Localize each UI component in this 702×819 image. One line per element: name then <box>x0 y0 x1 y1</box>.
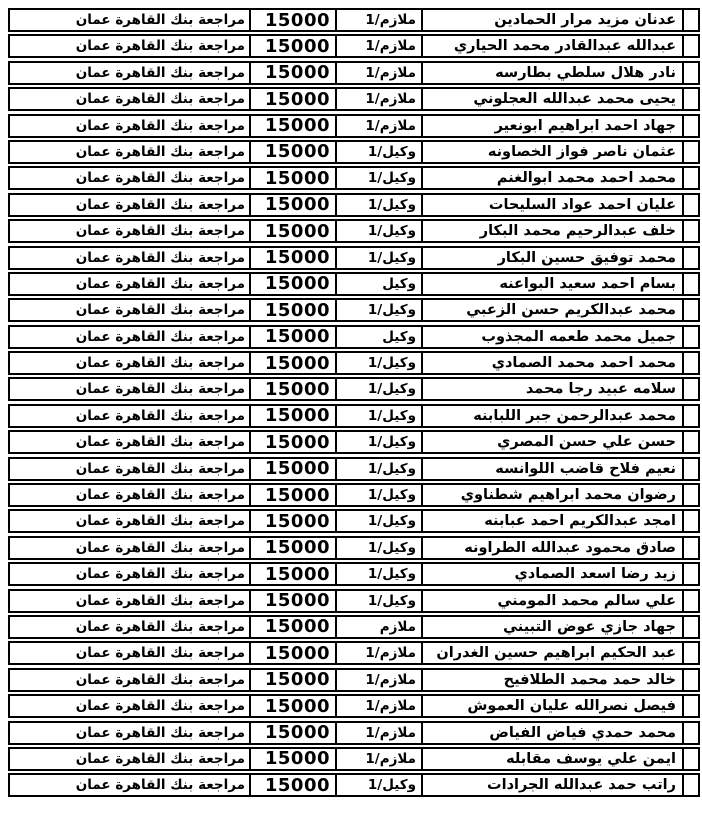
person-name-cell: ايمن علي يوسف مقابله <box>423 749 684 769</box>
amount-cell: 15000 <box>251 406 337 426</box>
person-name-cell: عدنان مزيد مرار الحمادين <box>423 10 684 30</box>
bank-review-note-cell: مراجعة بنك القاهرة عمان <box>10 432 251 452</box>
rank-cell: وكيل/1 <box>337 195 423 215</box>
person-name-cell: محمد احمد محمد ابوالغنم <box>423 168 684 188</box>
person-name-cell: سلامه عبيد رجا محمد <box>423 379 684 399</box>
amount-cell: 15000 <box>251 432 337 452</box>
table-row: مراجعة بنك القاهرة عمان 15000 وكيل/1 خلف… <box>8 219 700 243</box>
bank-review-note-cell: مراجعة بنك القاهرة عمان <box>10 168 251 188</box>
rank-cell: وكيل/1 <box>337 511 423 531</box>
rank-cell: وكيل/1 <box>337 432 423 452</box>
table-row: مراجعة بنك القاهرة عمان 15000 وكيل/1 رات… <box>8 773 700 797</box>
amount-cell: 15000 <box>251 643 337 663</box>
table-row: مراجعة بنك القاهرة عمان 15000 وكيل/1 علي… <box>8 193 700 217</box>
bank-review-note-cell: مراجعة بنك القاهرة عمان <box>10 564 251 584</box>
person-name-cell: علي سالم محمد المومني <box>423 591 684 611</box>
person-name-cell: فيصل نصرالله عليان العموش <box>423 696 684 716</box>
amount-cell: 15000 <box>251 142 337 162</box>
bank-review-note-cell: مراجعة بنك القاهرة عمان <box>10 749 251 769</box>
bank-review-note-cell: مراجعة بنك القاهرة عمان <box>10 723 251 743</box>
rank-cell: وكيل/1 <box>337 564 423 584</box>
person-name-cell: جهاد احمد ابراهيم ابونعير <box>423 116 684 136</box>
amount-cell: 15000 <box>251 89 337 109</box>
rank-cell: وكيل/1 <box>337 168 423 188</box>
person-name-cell: محمد عبدالكريم حسن الزعبي <box>423 300 684 320</box>
person-name-cell: نادر هلال سلطي بطارسه <box>423 63 684 83</box>
bank-review-note-cell: مراجعة بنك القاهرة عمان <box>10 195 251 215</box>
empty-serial-cell <box>684 168 698 188</box>
empty-serial-cell <box>684 459 698 479</box>
bank-review-note-cell: مراجعة بنك القاهرة عمان <box>10 459 251 479</box>
amount-cell: 15000 <box>251 300 337 320</box>
table-row: مراجعة بنك القاهرة عمان 15000 وكيل/1 صاد… <box>8 536 700 560</box>
bank-review-note-cell: مراجعة بنك القاهرة عمان <box>10 248 251 268</box>
amount-cell: 15000 <box>251 749 337 769</box>
amount-cell: 15000 <box>251 195 337 215</box>
bank-review-note-cell: مراجعة بنك القاهرة عمان <box>10 142 251 162</box>
amount-cell: 15000 <box>251 116 337 136</box>
empty-serial-cell <box>684 432 698 452</box>
empty-serial-cell <box>684 379 698 399</box>
amount-cell: 15000 <box>251 248 337 268</box>
empty-serial-cell <box>684 723 698 743</box>
amount-cell: 15000 <box>251 63 337 83</box>
rank-cell: وكيل/1 <box>337 538 423 558</box>
empty-serial-cell <box>684 142 698 162</box>
table-row: مراجعة بنك القاهرة عمان 15000 ملازم/1 مح… <box>8 721 700 745</box>
rank-cell: ملازم/1 <box>337 643 423 663</box>
bank-review-note-cell: مراجعة بنك القاهرة عمان <box>10 406 251 426</box>
empty-serial-cell <box>684 195 698 215</box>
bank-review-note-cell: مراجعة بنك القاهرة عمان <box>10 617 251 637</box>
empty-serial-cell <box>684 749 698 769</box>
rank-cell: ملازم/1 <box>337 670 423 690</box>
empty-serial-cell <box>684 221 698 241</box>
table-row: مراجعة بنك القاهرة عمان 15000 وكيل/1 رضو… <box>8 483 700 507</box>
bank-review-note-cell: مراجعة بنك القاهرة عمان <box>10 300 251 320</box>
bank-review-note-cell: مراجعة بنك القاهرة عمان <box>10 10 251 30</box>
rank-cell: وكيل/1 <box>337 353 423 373</box>
person-name-cell: خلف عبدالرحيم محمد البكار <box>423 221 684 241</box>
empty-serial-cell <box>684 248 698 268</box>
person-name-cell: خالد حمد محمد الطلافيح <box>423 670 684 690</box>
table-row: مراجعة بنك القاهرة عمان 15000 وكيل/1 محم… <box>8 404 700 428</box>
empty-serial-cell <box>684 353 698 373</box>
rank-cell: وكيل/1 <box>337 248 423 268</box>
person-name-cell: عثمان ناصر فواز الخصاونه <box>423 142 684 162</box>
person-name-cell: زيد رضا اسعد الصمادي <box>423 564 684 584</box>
amount-cell: 15000 <box>251 10 337 30</box>
empty-serial-cell <box>684 538 698 558</box>
empty-serial-cell <box>684 327 698 347</box>
empty-serial-cell <box>684 63 698 83</box>
page: { "table": { "note_label": "مراجعة بنك ا… <box>0 0 702 819</box>
rank-cell: وكيل/1 <box>337 775 423 795</box>
person-name-cell: نعيم فلاح قاضب اللوانسه <box>423 459 684 479</box>
amount-cell: 15000 <box>251 775 337 795</box>
table-row: مراجعة بنك القاهرة عمان 15000 ملازم/1 في… <box>8 694 700 718</box>
rank-cell: وكيل/1 <box>337 406 423 426</box>
amount-cell: 15000 <box>251 36 337 56</box>
rank-cell: ملازم/1 <box>337 63 423 83</box>
empty-serial-cell <box>684 485 698 505</box>
table-row: مراجعة بنك القاهرة عمان 15000 ملازم/1 عب… <box>8 34 700 58</box>
amount-cell: 15000 <box>251 327 337 347</box>
rank-cell: وكيل/1 <box>337 221 423 241</box>
amount-cell: 15000 <box>251 485 337 505</box>
rank-cell: ملازم/1 <box>337 723 423 743</box>
person-name-cell: عبدالله عبدالقادر محمد الحياري <box>423 36 684 56</box>
amount-cell: 15000 <box>251 511 337 531</box>
bank-review-note-cell: مراجعة بنك القاهرة عمان <box>10 221 251 241</box>
amount-cell: 15000 <box>251 459 337 479</box>
empty-serial-cell <box>684 406 698 426</box>
person-name-cell: راتب حمد عبدالله الجرادات <box>423 775 684 795</box>
table-row: مراجعة بنك القاهرة عمان 15000 ملازم/1 عد… <box>8 8 700 32</box>
table-row: مراجعة بنك القاهرة عمان 15000 وكيل بسام … <box>8 272 700 296</box>
table-row: مراجعة بنك القاهرة عمان 15000 ملازم/1 اي… <box>8 747 700 771</box>
bank-review-note-cell: مراجعة بنك القاهرة عمان <box>10 63 251 83</box>
bank-review-note-cell: مراجعة بنك القاهرة عمان <box>10 116 251 136</box>
bank-review-note-cell: مراجعة بنك القاهرة عمان <box>10 696 251 716</box>
rank-cell: وكيل <box>337 327 423 347</box>
table-row: مراجعة بنك القاهرة عمان 15000 وكيل جميل … <box>8 325 700 349</box>
amount-cell: 15000 <box>251 564 337 584</box>
person-name-cell: محمد توفيق حسين البكار <box>423 248 684 268</box>
empty-serial-cell <box>684 300 698 320</box>
rank-cell: وكيل <box>337 274 423 294</box>
amount-cell: 15000 <box>251 670 337 690</box>
rank-cell: وكيل/1 <box>337 459 423 479</box>
amount-cell: 15000 <box>251 617 337 637</box>
rank-cell: ملازم/1 <box>337 696 423 716</box>
person-name-cell: رضوان محمد ابراهيم شطناوي <box>423 485 684 505</box>
table-row: مراجعة بنك القاهرة عمان 15000 وكيل/1 حسن… <box>8 430 700 454</box>
rank-cell: ملازم/1 <box>337 36 423 56</box>
table-row: مراجعة بنك القاهرة عمان 15000 وكيل/1 سلا… <box>8 377 700 401</box>
bank-review-note-cell: مراجعة بنك القاهرة عمان <box>10 327 251 347</box>
amount-cell: 15000 <box>251 168 337 188</box>
bank-review-note-cell: مراجعة بنك القاهرة عمان <box>10 511 251 531</box>
bank-review-note-cell: مراجعة بنك القاهرة عمان <box>10 274 251 294</box>
table-row: مراجعة بنك القاهرة عمان 15000 وكيل/1 محم… <box>8 298 700 322</box>
amount-cell: 15000 <box>251 274 337 294</box>
empty-serial-cell <box>684 775 698 795</box>
table-row: مراجعة بنك القاهرة عمان 15000 وكيل/1 علي… <box>8 589 700 613</box>
amount-cell: 15000 <box>251 353 337 373</box>
table-row: مراجعة بنك القاهرة عمان 15000 وكيل/1 زيد… <box>8 562 700 586</box>
empty-serial-cell <box>684 643 698 663</box>
rank-cell: ملازم/1 <box>337 10 423 30</box>
empty-serial-cell <box>684 617 698 637</box>
person-name-cell: حسن علي حسن المصري <box>423 432 684 452</box>
empty-serial-cell <box>684 116 698 136</box>
table-row: مراجعة بنك القاهرة عمان 15000 ملازم/1 عب… <box>8 641 700 665</box>
empty-serial-cell <box>684 89 698 109</box>
table-row: مراجعة بنك القاهرة عمان 15000 ملازم/1 جه… <box>8 114 700 138</box>
empty-serial-cell <box>684 10 698 30</box>
rank-cell: وكيل/1 <box>337 379 423 399</box>
table-row: مراجعة بنك القاهرة عمان 15000 ملازم/1 خا… <box>8 668 700 692</box>
person-name-cell: عليان احمد عواد السليحات <box>423 195 684 215</box>
person-name-cell: جميل محمد طعمه المجذوب <box>423 327 684 347</box>
rank-cell: ملازم/1 <box>337 89 423 109</box>
table-row: مراجعة بنك القاهرة عمان 15000 وكيل/1 محم… <box>8 166 700 190</box>
bank-review-note-cell: مراجعة بنك القاهرة عمان <box>10 591 251 611</box>
rank-cell: وكيل/1 <box>337 485 423 505</box>
bank-review-note-cell: مراجعة بنك القاهرة عمان <box>10 89 251 109</box>
person-name-cell: محمد احمد محمد الصمادي <box>423 353 684 373</box>
rank-cell: ملازم/1 <box>337 116 423 136</box>
bank-review-note-cell: مراجعة بنك القاهرة عمان <box>10 353 251 373</box>
table-row: مراجعة بنك القاهرة عمان 15000 وكيل/1 عثم… <box>8 140 700 164</box>
person-name-cell: يحيى محمد عبدالله العجلوني <box>423 89 684 109</box>
rank-cell: ملازم/1 <box>337 749 423 769</box>
table-row: مراجعة بنك القاهرة عمان 15000 ملازم/1 يح… <box>8 87 700 111</box>
empty-serial-cell <box>684 274 698 294</box>
empty-serial-cell <box>684 36 698 56</box>
amount-cell: 15000 <box>251 696 337 716</box>
table-row: مراجعة بنك القاهرة عمان 15000 وكيل/1 محم… <box>8 351 700 375</box>
empty-serial-cell <box>684 511 698 531</box>
empty-serial-cell <box>684 696 698 716</box>
table-row: مراجعة بنك القاهرة عمان 15000 ملازم/1 نا… <box>8 61 700 85</box>
person-name-cell: صادق محمود عبدالله الطراونه <box>423 538 684 558</box>
amount-cell: 15000 <box>251 221 337 241</box>
amount-cell: 15000 <box>251 379 337 399</box>
bank-review-note-cell: مراجعة بنك القاهرة عمان <box>10 485 251 505</box>
table-row: مراجعة بنك القاهرة عمان 15000 وكيل/1 امج… <box>8 509 700 533</box>
bank-review-note-cell: مراجعة بنك القاهرة عمان <box>10 538 251 558</box>
amount-cell: 15000 <box>251 723 337 743</box>
bank-review-note-cell: مراجعة بنك القاهرة عمان <box>10 36 251 56</box>
rank-cell: وكيل/1 <box>337 300 423 320</box>
bank-review-note-cell: مراجعة بنك القاهرة عمان <box>10 643 251 663</box>
bank-review-note-cell: مراجعة بنك القاهرة عمان <box>10 379 251 399</box>
empty-serial-cell <box>684 591 698 611</box>
table-row: مراجعة بنك القاهرة عمان 15000 وكيل/1 نعي… <box>8 457 700 481</box>
empty-serial-cell <box>684 670 698 690</box>
person-name-cell: محمد حمدي فياض الفياض <box>423 723 684 743</box>
payments-table: مراجعة بنك القاهرة عمان 15000 ملازم/1 عد… <box>8 8 700 797</box>
rank-cell: ملازم <box>337 617 423 637</box>
rank-cell: وكيل/1 <box>337 591 423 611</box>
person-name-cell: جهاد جازي عوض التبيني <box>423 617 684 637</box>
person-name-cell: محمد عبدالرحمن جبر اللبابنه <box>423 406 684 426</box>
rank-cell: وكيل/1 <box>337 142 423 162</box>
bank-review-note-cell: مراجعة بنك القاهرة عمان <box>10 775 251 795</box>
empty-serial-cell <box>684 564 698 584</box>
amount-cell: 15000 <box>251 591 337 611</box>
table-row: مراجعة بنك القاهرة عمان 15000 ملازم جهاد… <box>8 615 700 639</box>
person-name-cell: بسام احمد سعيد البواعنه <box>423 274 684 294</box>
person-name-cell: عبد الحكيم ابراهيم حسين الغدران <box>423 643 684 663</box>
bank-review-note-cell: مراجعة بنك القاهرة عمان <box>10 670 251 690</box>
amount-cell: 15000 <box>251 538 337 558</box>
person-name-cell: امجد عبدالكريم احمد عبابنه <box>423 511 684 531</box>
table-row: مراجعة بنك القاهرة عمان 15000 وكيل/1 محم… <box>8 246 700 270</box>
